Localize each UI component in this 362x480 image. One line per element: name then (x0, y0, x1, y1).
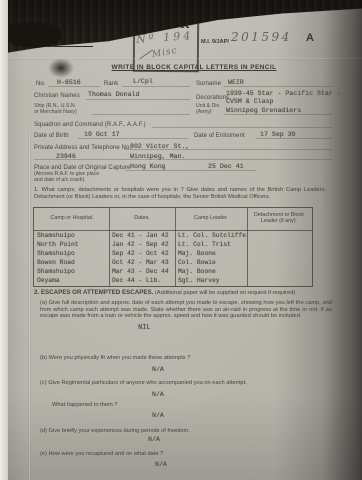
cell-camp: North Point (37, 241, 79, 248)
table-column-divider (175, 208, 176, 286)
cell-camp: Oeyama (37, 277, 60, 284)
scanned-document-page: CONFIDENTIAL BLOCK Nº 194 Misc M.I. 9/JA… (0, 0, 362, 480)
mi9-number-handwritten: 201594 (231, 30, 292, 44)
field-label-rank: Rank (104, 81, 118, 88)
table-header-camp: Camp or Hospital. (36, 215, 108, 221)
answer-2b: N/A (152, 366, 164, 373)
field-value-enlistment: 17 Sep 39 (260, 131, 296, 138)
ink-smudge (48, 58, 74, 78)
field-label-ship-line2: or Merchant Navy) (34, 110, 77, 116)
cell-leader: Lt. Col. Trist (178, 241, 231, 248)
table-header-dates: Dates. (111, 215, 173, 221)
field-value-surname: WEIR (228, 79, 244, 86)
field-value-decorations-line2: CVSM & Clasp (226, 98, 273, 105)
question-2b-text: (b) Were you physically fit when you mad… (40, 355, 320, 362)
question-2-heading-bold: 2. ESCAPES OR ATTEMPTED ESCAPES. (34, 289, 153, 296)
cell-leader: Maj. Boone (178, 268, 216, 275)
question-2d-text: (d) Give briefly your experiences during… (40, 428, 320, 435)
answer-2c2: N/A (152, 412, 164, 419)
field-value-dob: 10 Oct 17 (84, 131, 120, 138)
form-title: WRITE IN BLOCK CAPITAL LETTERS IN PENCIL (80, 64, 308, 71)
field-label-no: No. (36, 81, 46, 88)
answer-2d: N/A (148, 436, 160, 443)
answer-2e: N/A (155, 461, 167, 468)
paper-crease-vertical (28, 130, 31, 480)
question-2-heading-note: (Additional paper will be supplied on re… (153, 290, 297, 296)
table-column-divider (247, 208, 248, 286)
field-value-unit: Winnipeg Grenadiers (226, 107, 301, 114)
field-label-dob: Date of Birth (34, 133, 69, 140)
table-header-divider (34, 230, 312, 231)
cell-dates: Dec 41 - Jan 42 (112, 232, 169, 239)
question-2c2-text: What happened to them ? (52, 402, 252, 409)
field-value-no: H-6516 (57, 79, 81, 86)
field-label-unit-line2: (Army) (196, 110, 212, 116)
cell-dates: Oct 42 - Mar 43 (112, 259, 169, 266)
field-value-capture-date: 25 Dec 41 (208, 163, 244, 170)
cell-dates: Mar 43 - Dec 44 (112, 268, 169, 275)
question-2c-text: (c) Give Regimental particulars of anyon… (40, 380, 320, 387)
cell-camp: Shamshuipo (37, 250, 75, 257)
field-label-surname: Surname (196, 81, 221, 88)
question-2-heading: 2. ESCAPES OR ATTEMPTED ESCAPES. (Additi… (34, 290, 330, 297)
question-2e-text: (e) How were you recaptured and on what … (40, 451, 320, 458)
camps-table: Camp or Hospital. Dates. Camp Leader. De… (33, 207, 313, 287)
field-label-squadron: Squadron and Command (R.A.F., A.A.F.) (34, 122, 146, 129)
cell-dates: Dec 44 - Lib. (112, 277, 161, 284)
field-label-address: Private Address and Telephone No. (34, 145, 131, 152)
field-label-christian-names: Christian Names (34, 93, 80, 100)
table-header-block-leader: Detachment or Block Leader (if any). (249, 212, 309, 224)
cell-dates: Jan 42 - Sep 42 (112, 241, 169, 248)
paper-crease-horizontal (8, 58, 362, 60)
cell-leader: Lt. Col. Sutcliffe (178, 232, 246, 239)
cell-camp: Shamshuipo (37, 232, 75, 239)
field-label-decorations: Decorations (196, 95, 229, 102)
field-value-capture-place: Hong Kong (130, 163, 166, 170)
answer-2c: N/A (152, 391, 164, 398)
cell-dates: Sep 42 - Oct 42 (112, 250, 169, 257)
answer-2a: NIL (138, 325, 151, 332)
cell-leader: Maj. Boone (178, 250, 216, 257)
table-column-divider (109, 208, 110, 286)
cell-leader: Col. Bowie (178, 259, 216, 266)
cell-leader: Sgt. Harvey (178, 277, 220, 284)
corner-letter: A (306, 32, 314, 44)
question-2a-text: (a) Give full description and approx. da… (40, 300, 332, 320)
cell-camp: Bowen Road (37, 259, 75, 266)
page-curl-shadow (322, 0, 362, 480)
field-value-christian-names: Thomas Donald (88, 91, 139, 98)
field-label-enlistment: Date of Enlistment (194, 133, 245, 140)
cell-camp: Shamshuipo (37, 268, 75, 275)
table-header-leader: Camp Leader. (177, 215, 245, 221)
mi9-reference-label: M.I. 9/JAP/ (201, 39, 229, 45)
scan-edge (0, 0, 8, 480)
field-sublabel-capture-line2: and date of a/c crash). (34, 178, 86, 184)
field-value-rank: L/Cpl (133, 78, 153, 85)
question-1-text: 1. What camps, detachments or hospitals … (34, 187, 326, 200)
